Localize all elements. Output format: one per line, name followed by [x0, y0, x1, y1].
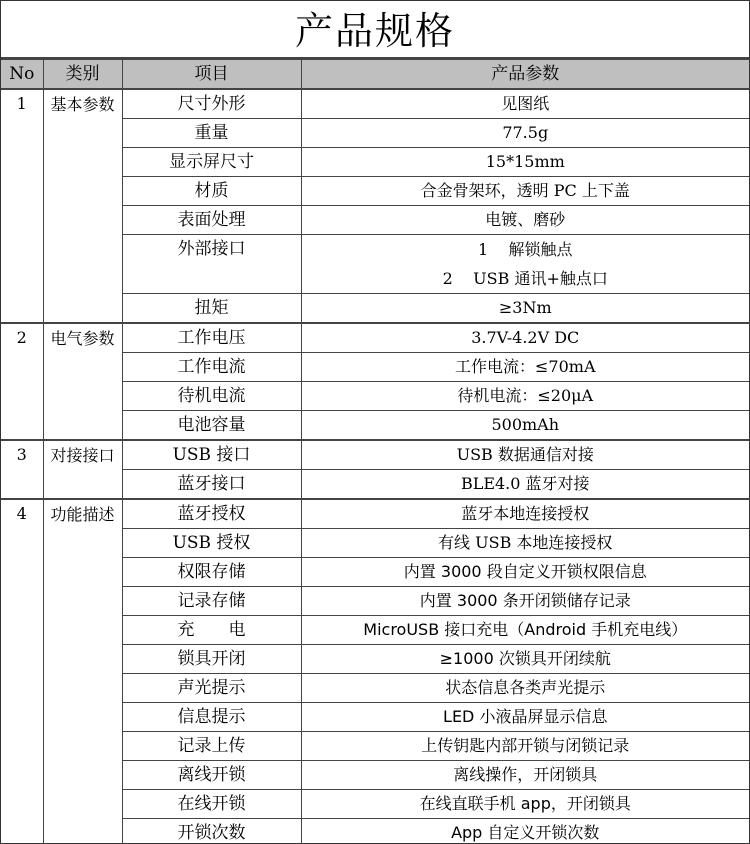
- header-row: No 类别 项目 产品参数: [1, 60, 749, 90]
- item-value: 1 解锁触点 2 USB 通讯+触点口: [301, 235, 749, 294]
- item-name: 蓝牙接口: [122, 470, 301, 500]
- item-value: 蓝牙本地连接授权: [301, 499, 749, 529]
- item-value: 500mAh: [301, 411, 749, 441]
- item-name: 待机电流: [122, 382, 301, 411]
- spec-table: No 类别 项目 产品参数 1 基本参数 尺寸外形 见图纸 重量 77.5g 显…: [1, 59, 749, 844]
- header-category: 类别: [43, 60, 122, 90]
- item-name: 扭矩: [122, 294, 301, 324]
- item-value: 77.5g: [301, 119, 749, 148]
- item-name: 离线开锁: [122, 761, 301, 790]
- item-value: USB 数据通信对接: [301, 440, 749, 470]
- item-name: 记录上传: [122, 732, 301, 761]
- item-name: 声光提示: [122, 674, 301, 703]
- item-name: 蓝牙授权: [122, 499, 301, 529]
- item-name: 权限存储: [122, 558, 301, 587]
- item-value: 内置 3000 条开闭锁储存记录: [301, 587, 749, 616]
- item-name: USB 授权: [122, 529, 301, 558]
- item-name: 信息提示: [122, 703, 301, 732]
- item-value: BLE4.0 蓝牙对接: [301, 470, 749, 500]
- item-value: 电镀、磨砂: [301, 206, 749, 235]
- group-category: 对接接口: [43, 440, 122, 499]
- group-category: 电气参数: [43, 323, 122, 440]
- value-line: 2 USB 通讯+触点口: [302, 264, 750, 293]
- item-name: 开锁次数: [122, 819, 301, 844]
- item-value: App 自定义开锁次数: [301, 819, 749, 844]
- item-value: ≥3Nm: [301, 294, 749, 324]
- item-name: 尺寸外形: [122, 89, 301, 119]
- spec-sheet: 产品规格 No 类别 项目 产品参数 1 基本参数 尺寸外形 见图纸 重量 77…: [0, 0, 750, 844]
- group-no: 2: [1, 323, 43, 440]
- item-value: 工作电流：≤70mA: [301, 353, 749, 382]
- value-line: 1 解锁触点: [302, 235, 750, 264]
- item-value: MicroUSB 接口充电（Android 手机充电线）: [301, 616, 749, 645]
- item-value: 合金骨架环，透明 PC 上下盖: [301, 177, 749, 206]
- item-value: 15*15mm: [301, 148, 749, 177]
- item-value: 有线 USB 本地连接授权: [301, 529, 749, 558]
- header-no: No: [1, 60, 43, 90]
- item-value: 在线直联手机 app，开闭锁具: [301, 790, 749, 819]
- item-value: 待机电流：≤20μA: [301, 382, 749, 411]
- item-name: 重量: [122, 119, 301, 148]
- item-name: 外部接口: [122, 235, 301, 294]
- item-name: 记录存储: [122, 587, 301, 616]
- group-no: 3: [1, 440, 43, 499]
- item-name: 电池容量: [122, 411, 301, 441]
- item-value: 3.7V-4.2V DC: [301, 323, 749, 353]
- page-title: 产品规格: [1, 1, 749, 59]
- item-value: 见图纸: [301, 89, 749, 119]
- group-category: 基本参数: [43, 89, 122, 323]
- item-name: USB 接口: [122, 440, 301, 470]
- item-value: LED 小液晶屏显示信息: [301, 703, 749, 732]
- table-row: 3 对接接口 USB 接口 USB 数据通信对接: [1, 440, 749, 470]
- item-name: 工作电压: [122, 323, 301, 353]
- table-row: 1 基本参数 尺寸外形 见图纸: [1, 89, 749, 119]
- item-value: 上传钥匙内部开锁与闭锁记录: [301, 732, 749, 761]
- item-name: 材质: [122, 177, 301, 206]
- item-value: 离线操作，开闭锁具: [301, 761, 749, 790]
- table-row: 4 功能描述 蓝牙授权 蓝牙本地连接授权: [1, 499, 749, 529]
- item-value: ≥1000 次锁具开闭续航: [301, 645, 749, 674]
- item-name: 在线开锁: [122, 790, 301, 819]
- table-row: 2 电气参数 工作电压 3.7V-4.2V DC: [1, 323, 749, 353]
- item-name: 锁具开闭: [122, 645, 301, 674]
- item-name: 显示屏尺寸: [122, 148, 301, 177]
- group-no: 4: [1, 499, 43, 844]
- group-no: 1: [1, 89, 43, 323]
- item-value: 内置 3000 段自定义开锁权限信息: [301, 558, 749, 587]
- item-value: 状态信息各类声光提示: [301, 674, 749, 703]
- header-params: 产品参数: [301, 60, 749, 90]
- header-item: 项目: [122, 60, 301, 90]
- group-category: 功能描述: [43, 499, 122, 844]
- item-name: 充 电: [122, 616, 301, 645]
- item-name: 工作电流: [122, 353, 301, 382]
- item-name: 表面处理: [122, 206, 301, 235]
